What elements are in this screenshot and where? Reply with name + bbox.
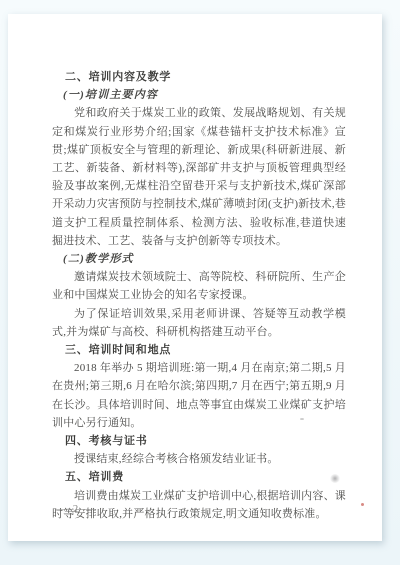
document-page: 二、培训内容及教学 (一)培训主要内容 党和政府关于煤炭工业的政策、发展战略规划… — [8, 14, 382, 541]
page-number: — 2 — — [55, 503, 98, 515]
document-body: 二、培训内容及教学 (一)培训主要内容 党和政府关于煤炭工业的政策、发展战略规划… — [52, 68, 346, 523]
section-heading-4: 四、考核与证书 — [52, 432, 346, 450]
scan-artifact-red-dot — [361, 503, 364, 506]
paragraph-teaching-experts: 邀请煤炭技术领域院士、高等院校、科研院所、生产企业和中国煤炭工业协会的知名专家授… — [52, 268, 346, 304]
section-heading-2: 二、培训内容及教学 — [52, 68, 346, 86]
paragraph-teaching-mode: 为了保证培训效果,采用老师讲课、答疑等互动教学模式,并为煤矿与高校、科研机构搭建… — [52, 305, 346, 341]
subsection-heading-1: (一)培训主要内容 — [52, 86, 346, 104]
section-heading-3: 三、培训时间和地点 — [52, 341, 346, 359]
scanned-document-screenshot: { "doc": { "language": "zh-CN", "text_co… — [0, 0, 400, 565]
subsection-heading-2: (二)教学形式 — [52, 250, 346, 268]
scan-artifact-gray-dot — [300, 418, 304, 420]
paragraph-schedule-locations: 2018 年举办 5 期培训班:第一期,4 月在南京;第二期,5 月在贵州;第三… — [52, 359, 346, 432]
section-heading-5: 五、培训费 — [52, 468, 346, 486]
paragraph-training-content: 党和政府关于煤炭工业的政策、发展战略规划、有关规定和煤炭行业形势介绍;国家《煤巷… — [52, 104, 346, 250]
paragraph-certificate: 授课结束,经综合考核合格颁发结业证书。 — [52, 450, 346, 468]
scan-artifact-smudge — [330, 474, 340, 483]
